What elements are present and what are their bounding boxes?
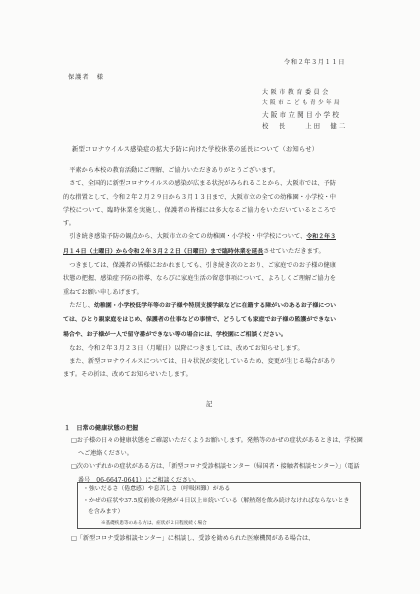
document-date: 令和２年３月１１日 <box>284 57 345 66</box>
paragraph-request: つきましては、保護者の皆様におかれましても、引き続き次のとおり、ご家庭でのお子様… <box>63 259 336 299</box>
list-item: □お子様の日々の健康状態をご確認いただくようお願いします。発熱等のかぜの症状があ… <box>71 434 363 460</box>
symptom-line: ・かぜの症状や37.5度前後の発熱が４日以上※続いている（解熱剤を飲み続けなけれ… <box>83 496 355 519</box>
paragraph-changes: また、新型コロナウイルスについては、日々状況が変化しているため、変更が生じる場合… <box>63 355 336 382</box>
sender-school: 大阪市立関目小学校 <box>262 109 341 119</box>
sender-board-of-education: 大阪市教育委員会 <box>262 87 331 96</box>
recipient: 保護者 様 <box>68 72 104 81</box>
section-items: □お子様の日々の健康状態をご確認いただくようお願いします。発熱等のかぜの症状があ… <box>71 434 363 487</box>
paragraph-extension: 引き続き感染予防の観点から、大阪市立の全ての幼稚園・小学校・中学校について、令和… <box>63 230 336 259</box>
symptom-note: ※基礎疾患等のある方は、症状が２日程度続く場合 <box>83 519 355 529</box>
document-title: 新型コロナウイルス感染症の拡大予防に向けた学校休業の延長について（お知らせ） <box>72 144 318 153</box>
principal-line: 校 長 上田 健二 <box>262 121 347 130</box>
list-item: □「新型コロナ受診相談センター」に相談し、受診を勧められた医療機関がある場合は、 <box>71 533 314 542</box>
paragraph-background: さて、全国的に新型コロナウイルスの感染が広まる状況がみられることから、大阪市では… <box>63 177 336 230</box>
symptoms-box: ・強いだるさ（倦怠感）や息苦しさ（呼吸困難）がある ・かぜの症状や37.5度前後… <box>77 482 361 529</box>
document-page: 令和２年３月１１日 保護者 様 大阪市教育委員会 大阪市こども青少年局 大阪市立… <box>0 0 420 594</box>
symptom-line: ・強いだるさ（倦怠感）や息苦しさ（呼吸困難）がある <box>83 484 355 496</box>
sender-children-bureau: 大阪市こども青少年局 <box>262 98 342 106</box>
paragraph-future-notice: なお、令和２年３月２３日（月曜日）以降につきましては、改めてお知らせします。 <box>63 342 336 355</box>
ki-heading: 記 <box>206 399 212 408</box>
principal-title: 校 長 <box>262 121 287 130</box>
document-body: 平素から本校の教育活動にご理解、ご協力いただきありがとうございます。 さて、全国… <box>63 164 336 382</box>
paragraph-exception: ただし、幼稚園・小学校低学年等のお子様や特別支援学級などに在籍する障がいのあるお… <box>63 299 336 342</box>
paragraph-greeting: 平素から本校の教育活動にご理解、ご協力いただきありがとうございます。 <box>63 164 336 177</box>
exception-notice: 幼稚園・小学校低学年等のお子様や特別支援学級などに在籍する障がいのあるお子様につ… <box>63 303 336 338</box>
principal-name: 上田 健二 <box>305 121 347 130</box>
section-heading: １ 日常の健康状態の把握 <box>64 423 138 432</box>
